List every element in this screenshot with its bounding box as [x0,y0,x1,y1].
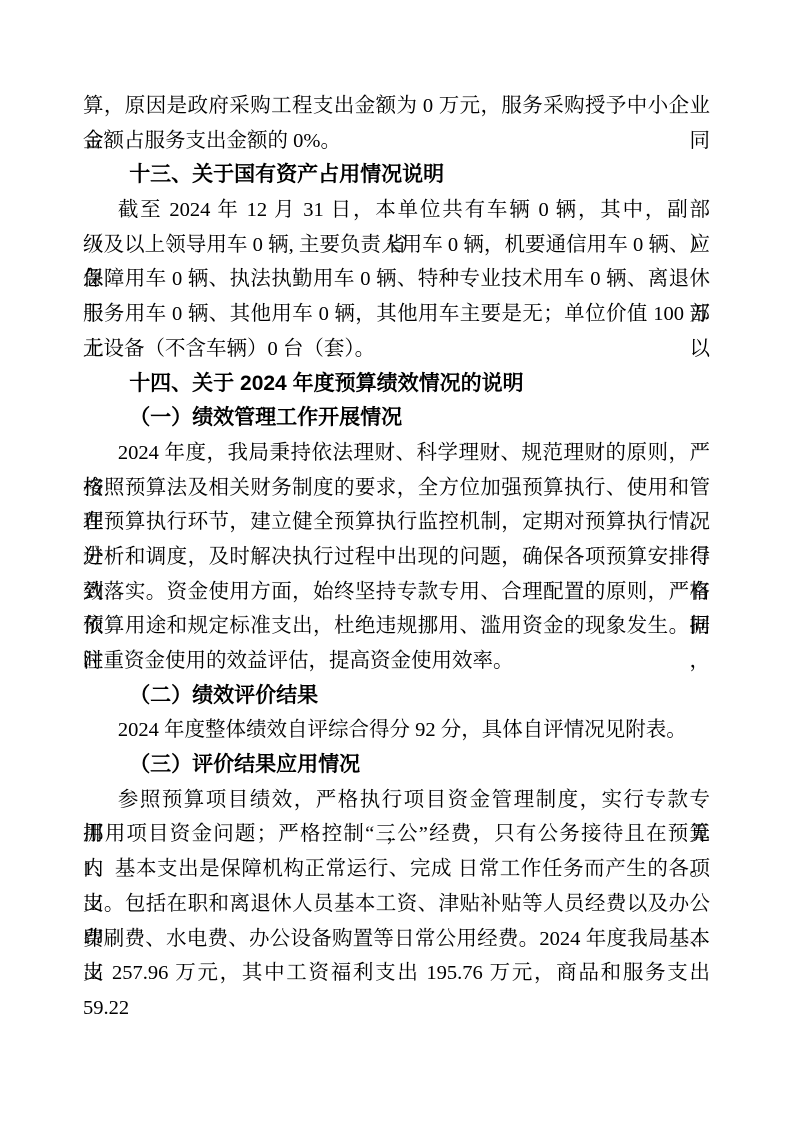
text-line: 2024 年度整体绩效自评综合得分 92 分，具体自评情况见附表。 [83,713,710,748]
section-heading: 十四、关于 2024 年度预算绩效情况的说明 [83,367,710,402]
text-line: 按照预算法及相关财务制度的要求，全方位加强预算执行、使用和管理。 [83,471,710,506]
text-line: 级及以上领导用车 0 辆, 主要负责人用车 0 辆，机要通信用车 0 辆、应急 [83,228,710,263]
subsection-heading: （一）绩效管理工作开展情况 [83,401,710,436]
subsection-heading: （三）评价结果应用情况 [83,748,710,783]
text-line: 预算用途和规定标准支出，杜绝违规挪用、滥用资金的现象发生。同时， [83,609,710,644]
text-line: 参照预算项目绩效，严格执行项目资金管理制度，实行专款专用，无 [83,783,710,818]
text-line: 2024 年度，我局秉持依法理财、科学理财、规范理财的原则，严格 [83,436,710,471]
text-line: 分析和调度，及时解决执行过程中出现的问题，确保各项预算安排得到有 [83,540,710,575]
text-line: 算，原因是政府采购工程支出金额为 0 万元，服务采购授予中小企业合同 [83,89,710,124]
document-page: 算，原因是政府采购工程支出金额为 0 万元，服务采购授予中小企业合同 金额占服务… [0,0,793,1122]
text-line: 出。包括在职和离退休人员基本工资、津贴补贴等人员经费以及办公费、 [83,887,710,922]
text-line: 出 257.96 万元，其中工资福利支出 195.76 万元，商品和服务支出 5… [83,956,710,991]
text-line: 服务用车 0 辆、其他用车 0 辆，其他用车主要是无；单位价值 100 万元以 [83,297,710,332]
section-heading: 十三、关于国有资产占用情况说明 [83,158,710,193]
subsection-heading: （二）绩效评价结果 [83,679,710,714]
text-line: 保障用车 0 辆、执法执勤用车 0 辆、特种专业技术用车 0 辆、离退休干部 [83,262,710,297]
text-line: 挪用项目资金问题；严格控制“三公”经费，只有公务接待且在预算内。 [83,817,710,852]
text-line: 1、基本支出是保障机构正常运行、完成 日常工作任务而产生的各项支 [83,852,710,887]
text-line: 效落实。资金使用方面，始终坚持专款专用、合理配置的原则，严格依据 [83,575,710,610]
text-line: 在预算执行环节，建立健全预算执行监控机制，定期对预算执行情况进行 [83,505,710,540]
text-line: 印刷费、水电费、办公设备购置等日常公用经费。2024 年度我局基本支 [83,922,710,957]
text-line: 截至 2024 年 12 月 31 日，本单位共有车辆 0 辆，其中，副部（省） [83,193,710,228]
document-text-block: 算，原因是政府采购工程支出金额为 0 万元，服务采购授予中小企业合同 金额占服务… [83,89,710,991]
